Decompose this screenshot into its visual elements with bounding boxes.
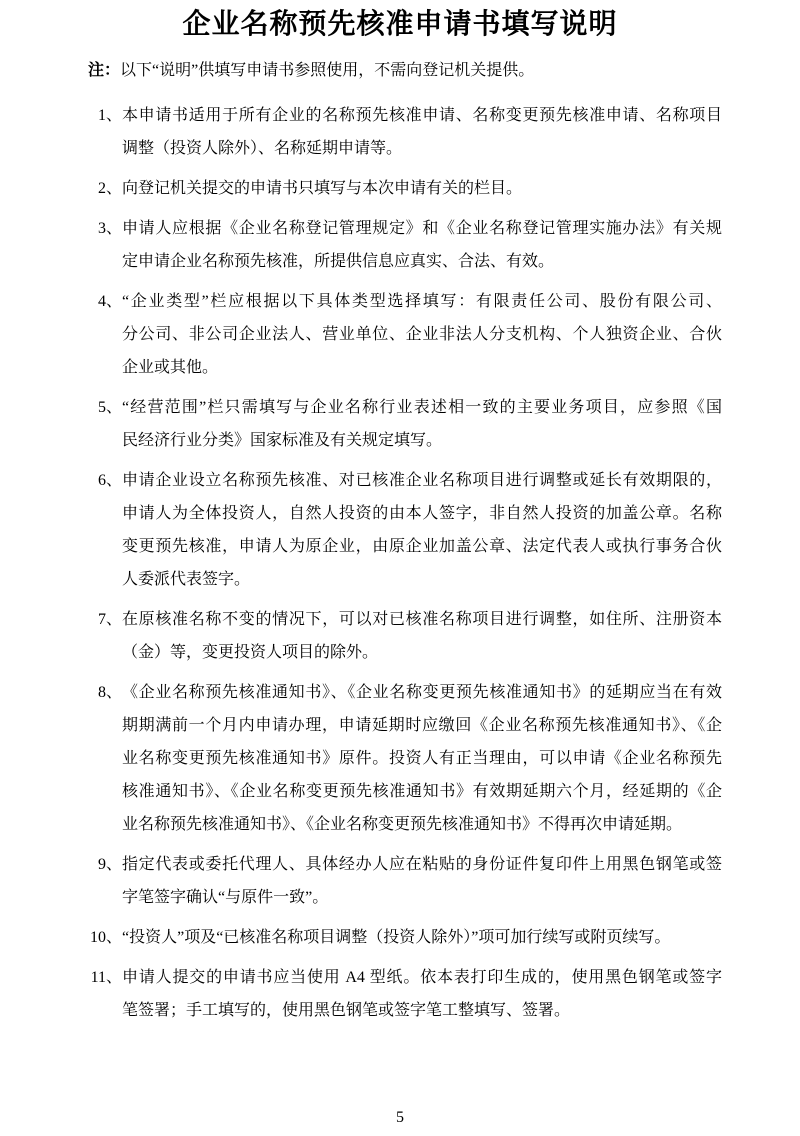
item-line: 变更预先核准，申请人为原企业，由原企业加盖公章、法定代表人或执行事务合伙 bbox=[122, 530, 722, 563]
item-text: 指定代表或委托代理人、具体经办人应在粘贴的身份证件复印件上用黑色钢笔或签字笔签字… bbox=[122, 848, 722, 914]
page-number: 5 bbox=[0, 1108, 800, 1128]
item-line: 业名称变更预先核准通知书》原件。投资人有正当理由，可以申请《企业名称预先 bbox=[122, 742, 722, 775]
item-number: 3、 bbox=[88, 212, 122, 245]
document-page: 企业名称预先核准申请书填写说明 注：以下“说明”供填写申请书参照使用，不需向登记… bbox=[0, 0, 800, 1136]
instruction-list: 1、本申请书适用于所有企业的名称预先核准申请、名称变更预先核准申请、名称项目调整… bbox=[0, 99, 800, 1027]
item-line: 定申请企业名称预先核准，所提供信息应真实、合法、有效。 bbox=[122, 245, 722, 278]
item-text: 申请人提交的申请书应当使用 A4 型纸。依本表打印生成的，使用黑色钢笔或签字笔签… bbox=[122, 961, 722, 1027]
item-line: 申请人提交的申请书应当使用 A4 型纸。依本表打印生成的，使用黑色钢笔或签字 bbox=[122, 961, 722, 994]
item-text: 本申请书适用于所有企业的名称预先核准申请、名称变更预先核准申请、名称项目调整（投… bbox=[122, 99, 722, 165]
item-number: 10、 bbox=[88, 921, 122, 954]
page-title: 企业名称预先核准申请书填写说明 bbox=[0, 0, 800, 43]
note-label: 注： bbox=[88, 62, 120, 79]
item-line: 字笔签字确认“与原件一致”。 bbox=[122, 881, 722, 914]
item-text: 在原核准名称不变的情况下，可以对已核准名称项目进行调整，如住所、注册资本（金）等… bbox=[122, 603, 722, 669]
item-line: 期期满前一个月内申请办理，申请延期时应缴回《企业名称预先核准通知书》、《企 bbox=[122, 709, 722, 742]
list-item: 7、在原核准名称不变的情况下，可以对已核准名称项目进行调整，如住所、注册资本（金… bbox=[0, 603, 800, 669]
item-number: 5、 bbox=[88, 391, 122, 424]
item-line: “企业类型”栏应根据以下具体类型选择填写：有限责任公司、股份有限公司、 bbox=[122, 285, 722, 318]
item-text: 向登记机关提交的申请书只填写与本次申请有关的栏目。 bbox=[122, 172, 722, 205]
item-line: “投资人”项及“已核准名称项目调整（投资人除外）”项可加行续写或附页续写。 bbox=[122, 921, 722, 954]
item-line: 申请企业设立名称预先核准、对已核准企业名称项目进行调整或延长有效期限的， bbox=[122, 464, 722, 497]
list-item: 1、本申请书适用于所有企业的名称预先核准申请、名称变更预先核准申请、名称项目调整… bbox=[0, 99, 800, 165]
item-number: 11、 bbox=[88, 961, 122, 994]
item-line: （金）等，变更投资人项目的除外。 bbox=[122, 636, 722, 669]
list-item: 3、申请人应根据《企业名称登记管理规定》和《企业名称登记管理实施办法》有关规定申… bbox=[0, 212, 800, 278]
item-line: 指定代表或委托代理人、具体经办人应在粘贴的身份证件复印件上用黑色钢笔或签 bbox=[122, 848, 722, 881]
item-text: “投资人”项及“已核准名称项目调整（投资人除外）”项可加行续写或附页续写。 bbox=[122, 921, 722, 954]
list-item: 5、“经营范围”栏只需填写与企业名称行业表述相一致的主要业务项目，应参照《国民经… bbox=[0, 391, 800, 457]
item-number: 2、 bbox=[88, 172, 122, 205]
item-text: “经营范围”栏只需填写与企业名称行业表述相一致的主要业务项目，应参照《国民经济行… bbox=[122, 391, 722, 457]
note-text: 以下“说明”供填写申请书参照使用，不需向登记机关提供。 bbox=[120, 62, 534, 79]
item-text: 申请人应根据《企业名称登记管理规定》和《企业名称登记管理实施办法》有关规定申请企… bbox=[122, 212, 722, 278]
item-text: “企业类型”栏应根据以下具体类型选择填写：有限责任公司、股份有限公司、分公司、非… bbox=[122, 285, 722, 384]
item-line: 调整（投资人除外）、名称延期申请等。 bbox=[122, 132, 722, 165]
item-line: 本申请书适用于所有企业的名称预先核准申请、名称变更预先核准申请、名称项目 bbox=[122, 99, 722, 132]
item-line: 申请人为全体投资人，自然人投资的由本人签字，非自然人投资的加盖公章。名称 bbox=[122, 497, 722, 530]
item-line: 《企业名称预先核准通知书》、《企业名称变更预先核准通知书》的延期应当在有效 bbox=[122, 676, 722, 709]
item-text: 《企业名称预先核准通知书》、《企业名称变更预先核准通知书》的延期应当在有效期期满… bbox=[122, 676, 722, 841]
item-line: 向登记机关提交的申请书只填写与本次申请有关的栏目。 bbox=[122, 172, 722, 205]
item-number: 4、 bbox=[88, 285, 122, 318]
item-line: 分公司、非公司企业法人、营业单位、企业非法人分支机构、个人独资企业、合伙 bbox=[122, 318, 722, 351]
item-line: 笔签署；手工填写的，使用黑色钢笔或签字笔工整填写、签署。 bbox=[122, 994, 722, 1027]
item-number: 6、 bbox=[88, 464, 122, 497]
list-item: 9、指定代表或委托代理人、具体经办人应在粘贴的身份证件复印件上用黑色钢笔或签字笔… bbox=[0, 848, 800, 914]
list-item: 2、向登记机关提交的申请书只填写与本次申请有关的栏目。 bbox=[0, 172, 800, 205]
list-item: 10、“投资人”项及“已核准名称项目调整（投资人除外）”项可加行续写或附页续写。 bbox=[0, 921, 800, 954]
list-item: 8、《企业名称预先核准通知书》、《企业名称变更预先核准通知书》的延期应当在有效期… bbox=[0, 676, 800, 841]
item-line: 核准通知书》、《企业名称变更预先核准通知书》有效期延期六个月，经延期的《企 bbox=[122, 775, 722, 808]
list-item: 11、申请人提交的申请书应当使用 A4 型纸。依本表打印生成的，使用黑色钢笔或签… bbox=[0, 961, 800, 1027]
item-line: 企业或其他。 bbox=[122, 351, 722, 384]
list-item: 6、申请企业设立名称预先核准、对已核准企业名称项目进行调整或延长有效期限的，申请… bbox=[0, 464, 800, 596]
item-line: 申请人应根据《企业名称登记管理规定》和《企业名称登记管理实施办法》有关规 bbox=[122, 212, 722, 245]
item-line: 民经济行业分类》国家标准及有关规定填写。 bbox=[122, 424, 722, 457]
item-number: 1、 bbox=[88, 99, 122, 132]
item-number: 7、 bbox=[88, 603, 122, 636]
item-line: 在原核准名称不变的情况下，可以对已核准名称项目进行调整，如住所、注册资本 bbox=[122, 603, 722, 636]
item-line: 人委派代表签字。 bbox=[122, 563, 722, 596]
item-number: 8、 bbox=[88, 676, 122, 709]
item-line: “经营范围”栏只需填写与企业名称行业表述相一致的主要业务项目，应参照《国 bbox=[122, 391, 722, 424]
item-number: 9、 bbox=[88, 848, 122, 881]
item-line: 业名称预先核准通知书》、《企业名称变更预先核准通知书》不得再次申请延期。 bbox=[122, 808, 722, 841]
list-item: 4、“企业类型”栏应根据以下具体类型选择填写：有限责任公司、股份有限公司、分公司… bbox=[0, 285, 800, 384]
item-text: 申请企业设立名称预先核准、对已核准企业名称项目进行调整或延长有效期限的，申请人为… bbox=[122, 464, 722, 596]
note: 注：以下“说明”供填写申请书参照使用，不需向登记机关提供。 bbox=[88, 60, 712, 81]
